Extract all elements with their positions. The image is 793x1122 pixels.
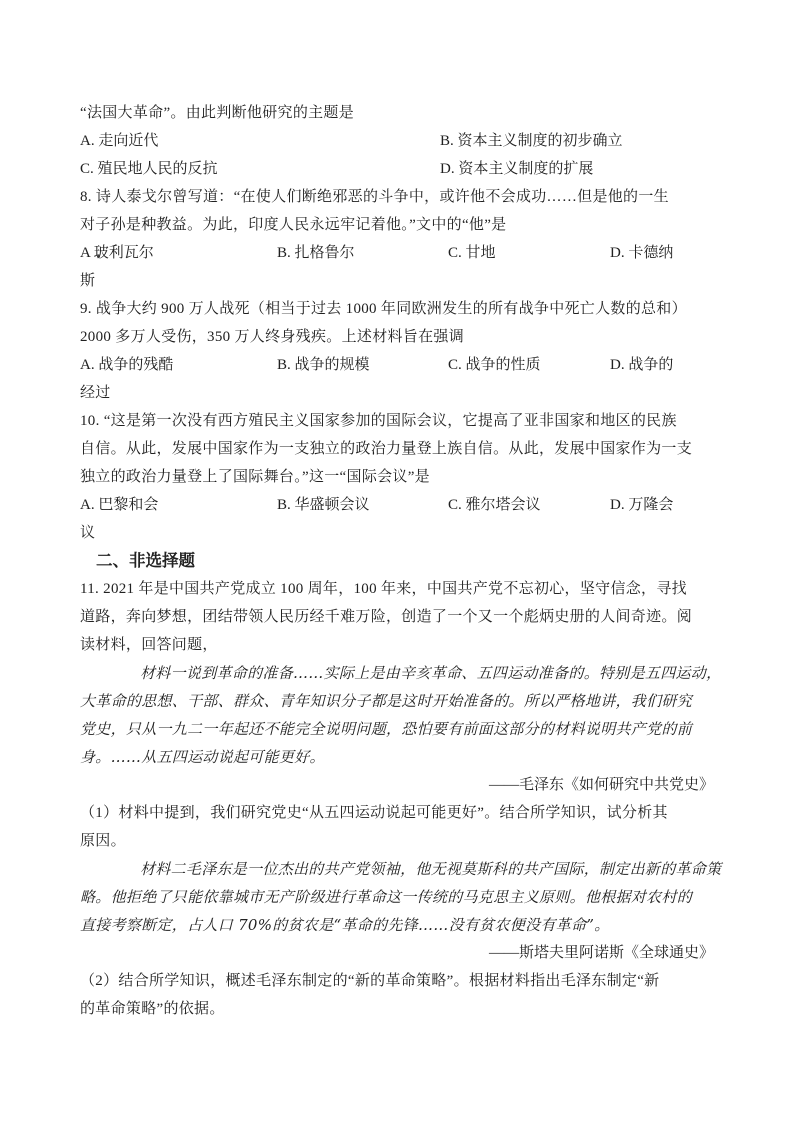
q11-material-2-line-1: 材料二毛泽东是一位杰出的共产党领袖，他无视莫斯科的共产国际，制定出新的革命策: [80, 855, 714, 883]
q9-options-row-option-B: B. 战争的规模: [277, 351, 370, 379]
q9-stem-line-2: 2000 多万人受伤，350 万人终身残疾。上述材料旨在强调: [80, 323, 714, 351]
q8-options-row-option-A: A 玻利瓦尔: [80, 239, 154, 267]
q9-options-row-option-D: D. 战争的: [610, 351, 673, 379]
section-2-header: 二、非选择题: [80, 547, 714, 575]
q11-material-2-line-2: 略。他拒绝了只能依靠城市无产阶级进行革命这一传统的马克思主义原则。他根据对农村的: [80, 883, 714, 911]
q10-options-row-option-A: A. 巴黎和会: [80, 491, 158, 519]
q7-options-row-2-option-C: C. 殖民地人民的反抗: [80, 155, 218, 183]
q9-options-row: A. 战争的残酷B. 战争的规模C. 战争的性质D. 战争的: [80, 351, 714, 379]
q8-stem-line-1: 8. 诗人泰戈尔曾写道：“在使人们断绝邪恶的斗争中，或许他不会成功……但是他的一…: [80, 183, 714, 211]
q11-subquestion-2-line-2: 的革命策略”的依据。: [80, 995, 714, 1023]
ink-dot-artifact: [97, 255, 100, 258]
q10-options-row-option-B: B. 华盛顿会议: [277, 491, 370, 519]
q11-intro-line-3: 读材料，回答问题，: [80, 631, 714, 659]
q10-stem-line-2: 自信。从此，发展中国家作为一支独立的政治力量登上族自信。从此，发展中国家作为一支: [80, 435, 714, 463]
exam-text: “法国大革命”。由此判断他研究的主题是A. 走向近代B. 资本主义制度的初步确立…: [80, 99, 714, 1023]
q7-stem-tail: “法国大革命”。由此判断他研究的主题是: [80, 99, 714, 127]
q10-option-d-wrap: 议: [80, 519, 714, 547]
q9-option-d-wrap: 经过: [80, 379, 714, 407]
q11-subquestion-1-line-1: （1）材料中提到，我们研究党史“从五四运动说起可能更好”。结合所学知识，试分析其: [80, 799, 714, 827]
material-1-source: ——毛泽东《如何研究中共党史》: [80, 771, 714, 799]
q11-intro-line-2: 道路，奔向梦想，团结带领人民历经千难万险，创造了一个又一个彪炳史册的人间奇迹。阅: [80, 603, 714, 631]
q8-options-row-option-C: C. 甘地: [448, 239, 496, 267]
q10-options-row-option-D: D. 万隆会: [610, 491, 673, 519]
q7-options-row-2-option-D: D. 资本主义制度的扩展: [440, 155, 593, 183]
q8-options-row-option-B: B. 扎格鲁尔: [277, 239, 355, 267]
q11-material-1-line-3: 党史，只从一九二一年起还不能完全说明问题，恐怕要有前面这部分的材料说明共产党的前: [80, 715, 714, 743]
q11-material-2-line-3: 直接考察断定，占人口 70%的贫农是“革命的先锋……没有贫农便没有革命”。: [80, 911, 714, 939]
q8-options-row: A 玻利瓦尔B. 扎格鲁尔C. 甘地D. 卡德纳: [80, 239, 714, 267]
q7-options-row-1-option-A: A. 走向近代: [80, 127, 158, 155]
q7-options-row-1-option-B: B. 资本主义制度的初步确立: [440, 127, 623, 155]
scanned-exam-page: “法国大革命”。由此判断他研究的主题是A. 走向近代B. 资本主义制度的初步确立…: [0, 0, 793, 1122]
q11-material-1-line-2: 大革命的思想、干部、群众、青年知识分子都是这时开始准备的。所以严格地讲，我们研究: [80, 687, 714, 715]
q8-stem-line-2: 对子孙是种教益。为此，印度人民永远牢记着他。”文中的“他”是: [80, 211, 714, 239]
q11-material-1-line-4: 身。……从五四运动说起可能更好。: [80, 743, 714, 771]
q7-options-row-1: A. 走向近代B. 资本主义制度的初步确立: [80, 127, 714, 155]
q9-options-row-option-A: A. 战争的残酷: [80, 351, 173, 379]
q11-intro-line-1: 11. 2021 年是中国共产党成立 100 周年，100 年来，中国共产党不忘…: [80, 575, 714, 603]
q11-material-1-line-1: 材料一说到革命的准备……实际上是由辛亥革命、五四运动准备的。特别是五四运动，: [80, 659, 714, 687]
q10-stem-line-3: 独立的政治力量登上了国际舞台。”这一“国际会议”是: [80, 463, 714, 491]
q9-stem-line-1: 9. 战争大约 900 万人战死（相当于过去 1000 年同欧洲发生的所有战争中…: [80, 295, 714, 323]
q8-options-row-option-D: D. 卡德纳: [610, 239, 673, 267]
q11-subquestion-1-line-2: 原因。: [80, 827, 714, 855]
q7-options-row-2: C. 殖民地人民的反抗D. 资本主义制度的扩展: [80, 155, 714, 183]
q9-options-row-option-C: C. 战争的性质: [448, 351, 541, 379]
q8-option-d-wrap: 斯: [80, 267, 714, 295]
q10-options-row: A. 巴黎和会B. 华盛顿会议C. 雅尔塔会议D. 万隆会: [80, 491, 714, 519]
q11-subquestion-2-line-1: （2）结合所学知识，概述毛泽东制定的“新的革命策略”。根据材料指出毛泽东制定“新: [80, 967, 714, 995]
q10-options-row-option-C: C. 雅尔塔会议: [448, 491, 541, 519]
material-2-source: ——斯塔夫里阿诺斯《全球通史》: [80, 939, 714, 967]
q10-stem-line-1: 10. “这是第一次没有西方殖民主义国家参加的国际会议，它提高了亚非国家和地区的…: [80, 407, 714, 435]
